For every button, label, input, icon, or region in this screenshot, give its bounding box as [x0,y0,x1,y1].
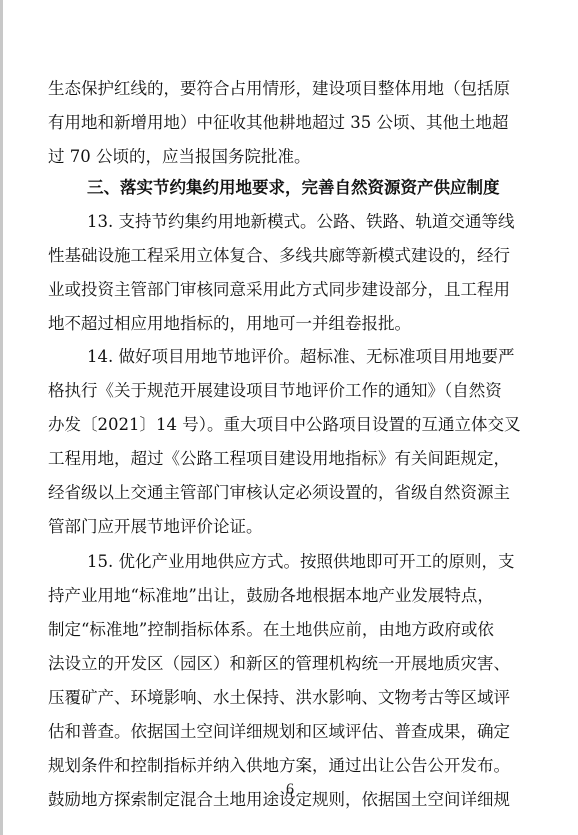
item-15-line: 法设立的开发区（园区）和新区的管理机构统一开展地质灾害、 [48,652,482,676]
item-13-line: 性基础设施工程采用立体复合、多线共廊等新模式建设的，经行 [48,244,482,268]
item-13-line: 地不超过相应用地指标的，用地可一并组卷报批。 [48,312,482,336]
item-14-line: 办发〔2021〕14 号）。重大项目中公路项目设置的互通立体交叉 [48,413,482,437]
item-14-line: 管部门应开展节地评价论证。 [48,515,482,539]
item-14-line: 工程用地，超过《公路工程项目建设用地指标》有关间距规定， [48,447,482,471]
item-15-line: 压覆矿产、环境影响、水土保持、洪水影响、文物考古等区域评 [48,686,482,710]
page-number: 6 [270,780,310,800]
document-page: 生态保护红线的，要符合占用情形，建设项目整体用地（包括原 有用地和新增用地）中征… [0,0,578,835]
item-15-line: 规划条件和控制指标并纳入供地方案，通过出让公告公开发布。 [48,754,482,778]
item-15-line: 制定“标准地”控制指标体系。在土地供应前，由地方政府或依 [48,618,482,642]
item-15-line: 持产业用地“标准地”出让，鼓励各地根据本地产业发展特点， [48,584,482,608]
item-14-line: 格执行《关于规范开展建设项目节地评价工作的通知》（自然资 [48,379,482,403]
item-15-line: 估和普查。依据国土空间详细规划和区域评估、普查成果，确定 [48,720,482,744]
item-14-line: 14. 做好项目用地节地评价。超标准、无标准项目用地要严 [87,345,482,369]
section-heading: 三、落实节约集约用地要求，完善自然资源资产供应制度 [87,176,482,200]
item-13-line: 13. 支持节约集约用地新模式。公路、铁路、轨道交通等线 [87,210,482,234]
item-14-line: 经省级以上交通主管部门审核认定必须设置的，省级自然资源主 [48,481,482,505]
item-13-line: 业或投资主管部门审核同意采用此方式同步建设部分，且工程用 [48,278,482,302]
item-15-line: 15. 优化产业用地供应方式。按照供地即可开工的原则，支 [87,550,482,574]
text-line: 生态保护红线的，要符合占用情形，建设项目整体用地（包括原 [48,77,482,101]
text-line: 有用地和新增用地）中征收其他耕地超过 35 公顷、其他土地超 [48,111,482,135]
text-line: 过 70 公顷的，应当报国务院批准。 [48,145,482,169]
item-15-line: 鼓励地方探索制定混合土地用途设定规则，依据国土空间详细规 [48,788,482,812]
